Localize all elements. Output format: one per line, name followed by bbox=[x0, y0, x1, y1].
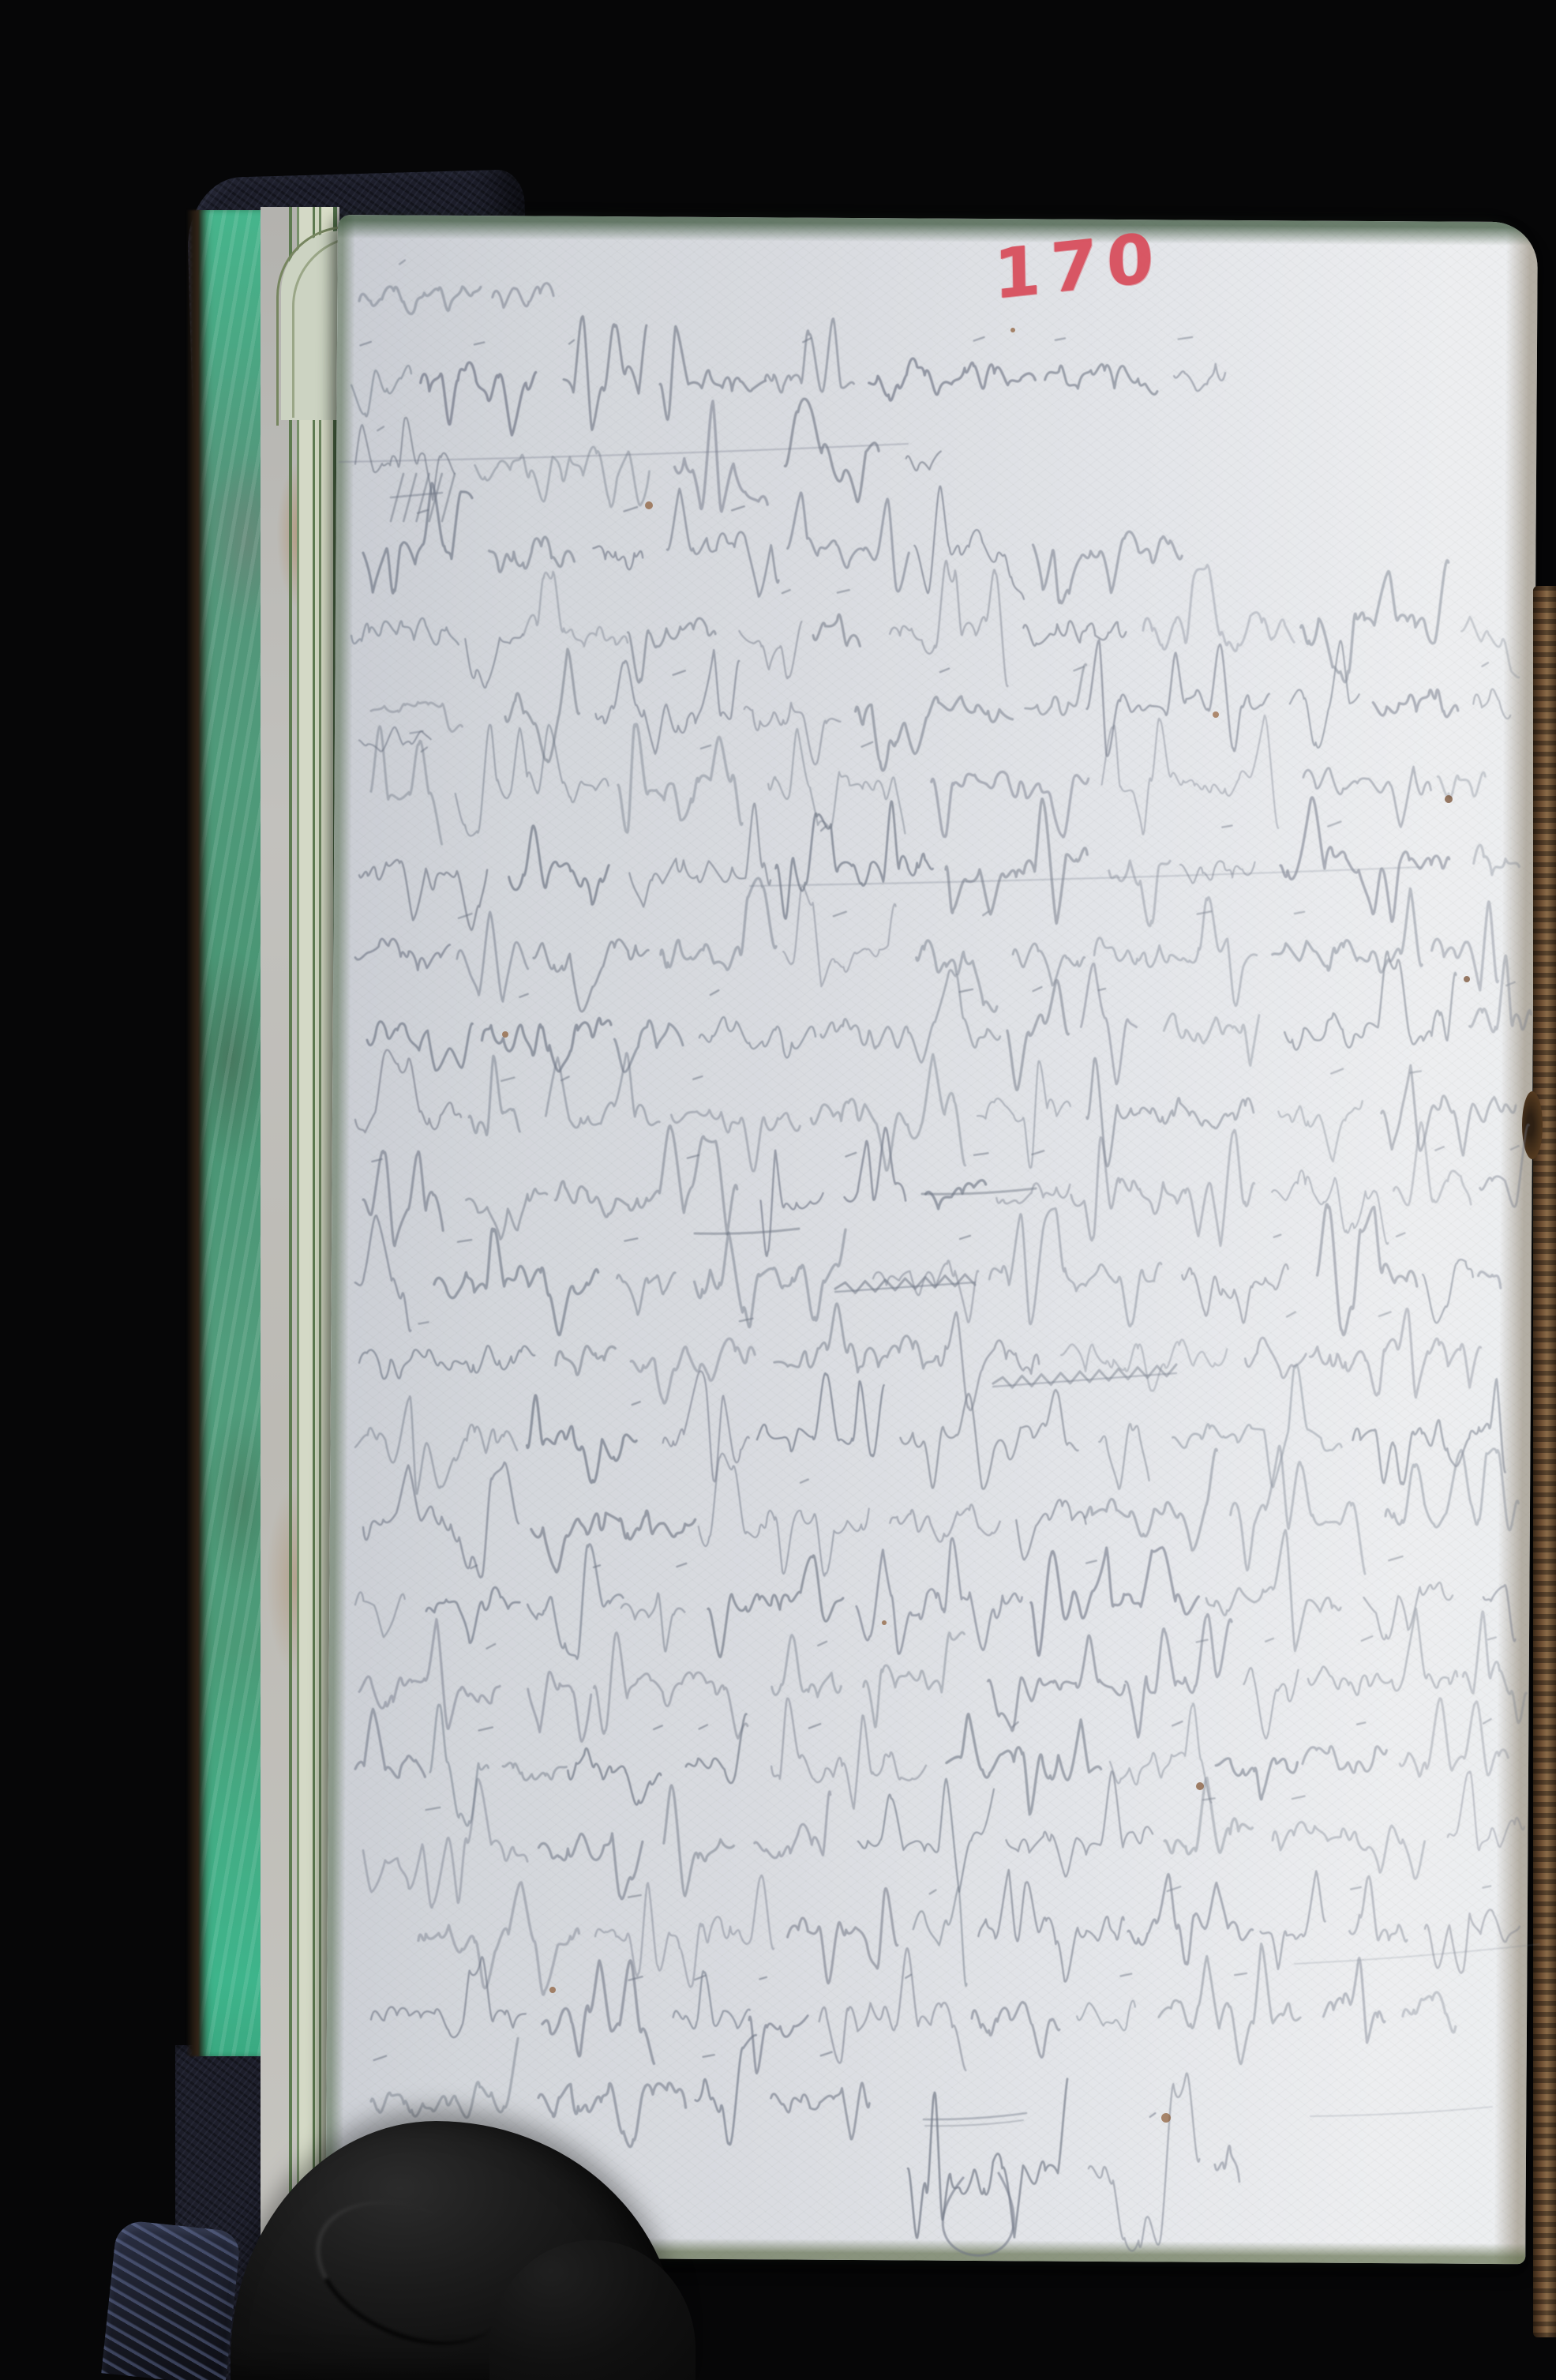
gutter-sewing-knot bbox=[1522, 1091, 1543, 1159]
leather-wrinkled-corner-bottom-left bbox=[101, 2219, 242, 2380]
page-edge-tint bbox=[325, 215, 1538, 2264]
photo-of-manuscript-page: 170 bbox=[0, 0, 1556, 2380]
glove-crease bbox=[294, 2174, 529, 2373]
binding-gutter-threads bbox=[1533, 586, 1556, 2337]
manuscript-page bbox=[325, 215, 1538, 2264]
